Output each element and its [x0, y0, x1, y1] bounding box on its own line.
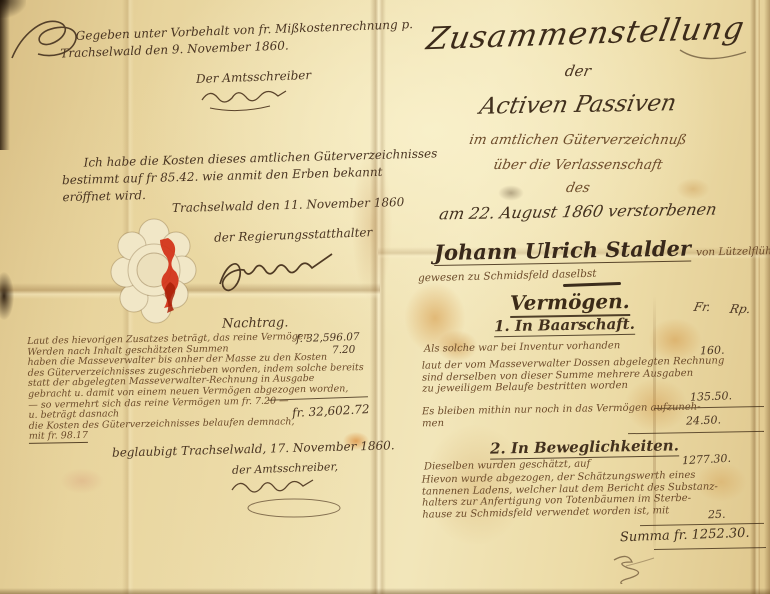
- issue-note: Gegeben unter Vorbehalt von fr. Mißkoste…: [76, 16, 414, 62]
- section2-title: 2. In Beweglichkeiten.: [490, 436, 679, 459]
- section2-row1-amount: 1277.30.: [682, 452, 732, 468]
- bottom-scribble: [600, 552, 660, 584]
- clerk2-role: der Amtsschreiber,: [232, 460, 338, 477]
- statthalter-role: der Regierungsstatthalter: [214, 225, 373, 245]
- subtitle-des: des: [507, 180, 650, 196]
- subtitle-der: der: [496, 62, 659, 80]
- column-header-rp: Rp.: [729, 302, 753, 316]
- summa-rule: [654, 547, 766, 550]
- subtitle-deathdate: am 22. August 1860 verstorbenen: [406, 199, 750, 224]
- column-header-fr: Fr.: [693, 300, 713, 314]
- heading-overline: [563, 282, 621, 287]
- amount-rule: [628, 431, 764, 434]
- summa-line: Summa fr. 1252.30.: [620, 526, 750, 546]
- subtitle-activen-passiven: Activen Passiven: [435, 90, 721, 121]
- addendum-line: mit fr. 98.17: [29, 431, 88, 444]
- right-page: Zusammenstellung der Activen Passiven im…: [378, 0, 770, 594]
- addendum-body: Laut des hievorigen Zusatzes beträgt, da…: [27, 331, 365, 444]
- section1-row1-text: Als solche war bei Inventur vorhanden: [424, 340, 620, 354]
- section2-row2-amount: 25.: [708, 508, 726, 522]
- deceased-origin: von Lützelflüh, bei Leben angesessen: [696, 243, 770, 258]
- subtitle-register: im amtlichen Güterverzeichnuß: [427, 132, 730, 148]
- section2-row1-text: Dieselben wurden geschätzt, auf: [424, 459, 590, 473]
- manuscript-photo: Gegeben unter Vorbehalt von fr. Mißkoste…: [0, 0, 770, 594]
- subtitle-estate: über die Verlassenschaft: [437, 157, 720, 173]
- paper-seal: [106, 212, 208, 328]
- section1-row3-text: Es bleiben mithin nur noch in das Vermög…: [422, 402, 701, 430]
- deceased-name: Johann Ulrich Stalder: [434, 236, 691, 266]
- statthalter-signature: [210, 244, 350, 304]
- deceased-origin2: gewesen zu Schmidsfeld daselbst: [418, 268, 597, 285]
- clerk-signature: [196, 84, 292, 114]
- addendum-heading: Nachtrag.: [222, 315, 289, 331]
- deceased-line: Johann Ulrich Stalder von Lützelflüh, be…: [434, 232, 770, 265]
- addendum-amount-mid: 7.20: [332, 344, 356, 357]
- clerk2-signature: [222, 476, 352, 524]
- section1-title: 1. In Baarschaft.: [494, 315, 635, 337]
- section2-row2-text: Hievon wurde abgezogen, der Schätzungswe…: [422, 469, 719, 520]
- section1-row2-text: laut der vom Masseverwalter Dossen abgel…: [422, 355, 725, 395]
- table-heading: Vermögen.: [510, 289, 630, 318]
- title-swash: [678, 44, 748, 64]
- left-page: Gegeben unter Vorbehalt von fr. Mißkoste…: [0, 0, 378, 594]
- section1-row3-amount: 24.50.: [686, 413, 721, 427]
